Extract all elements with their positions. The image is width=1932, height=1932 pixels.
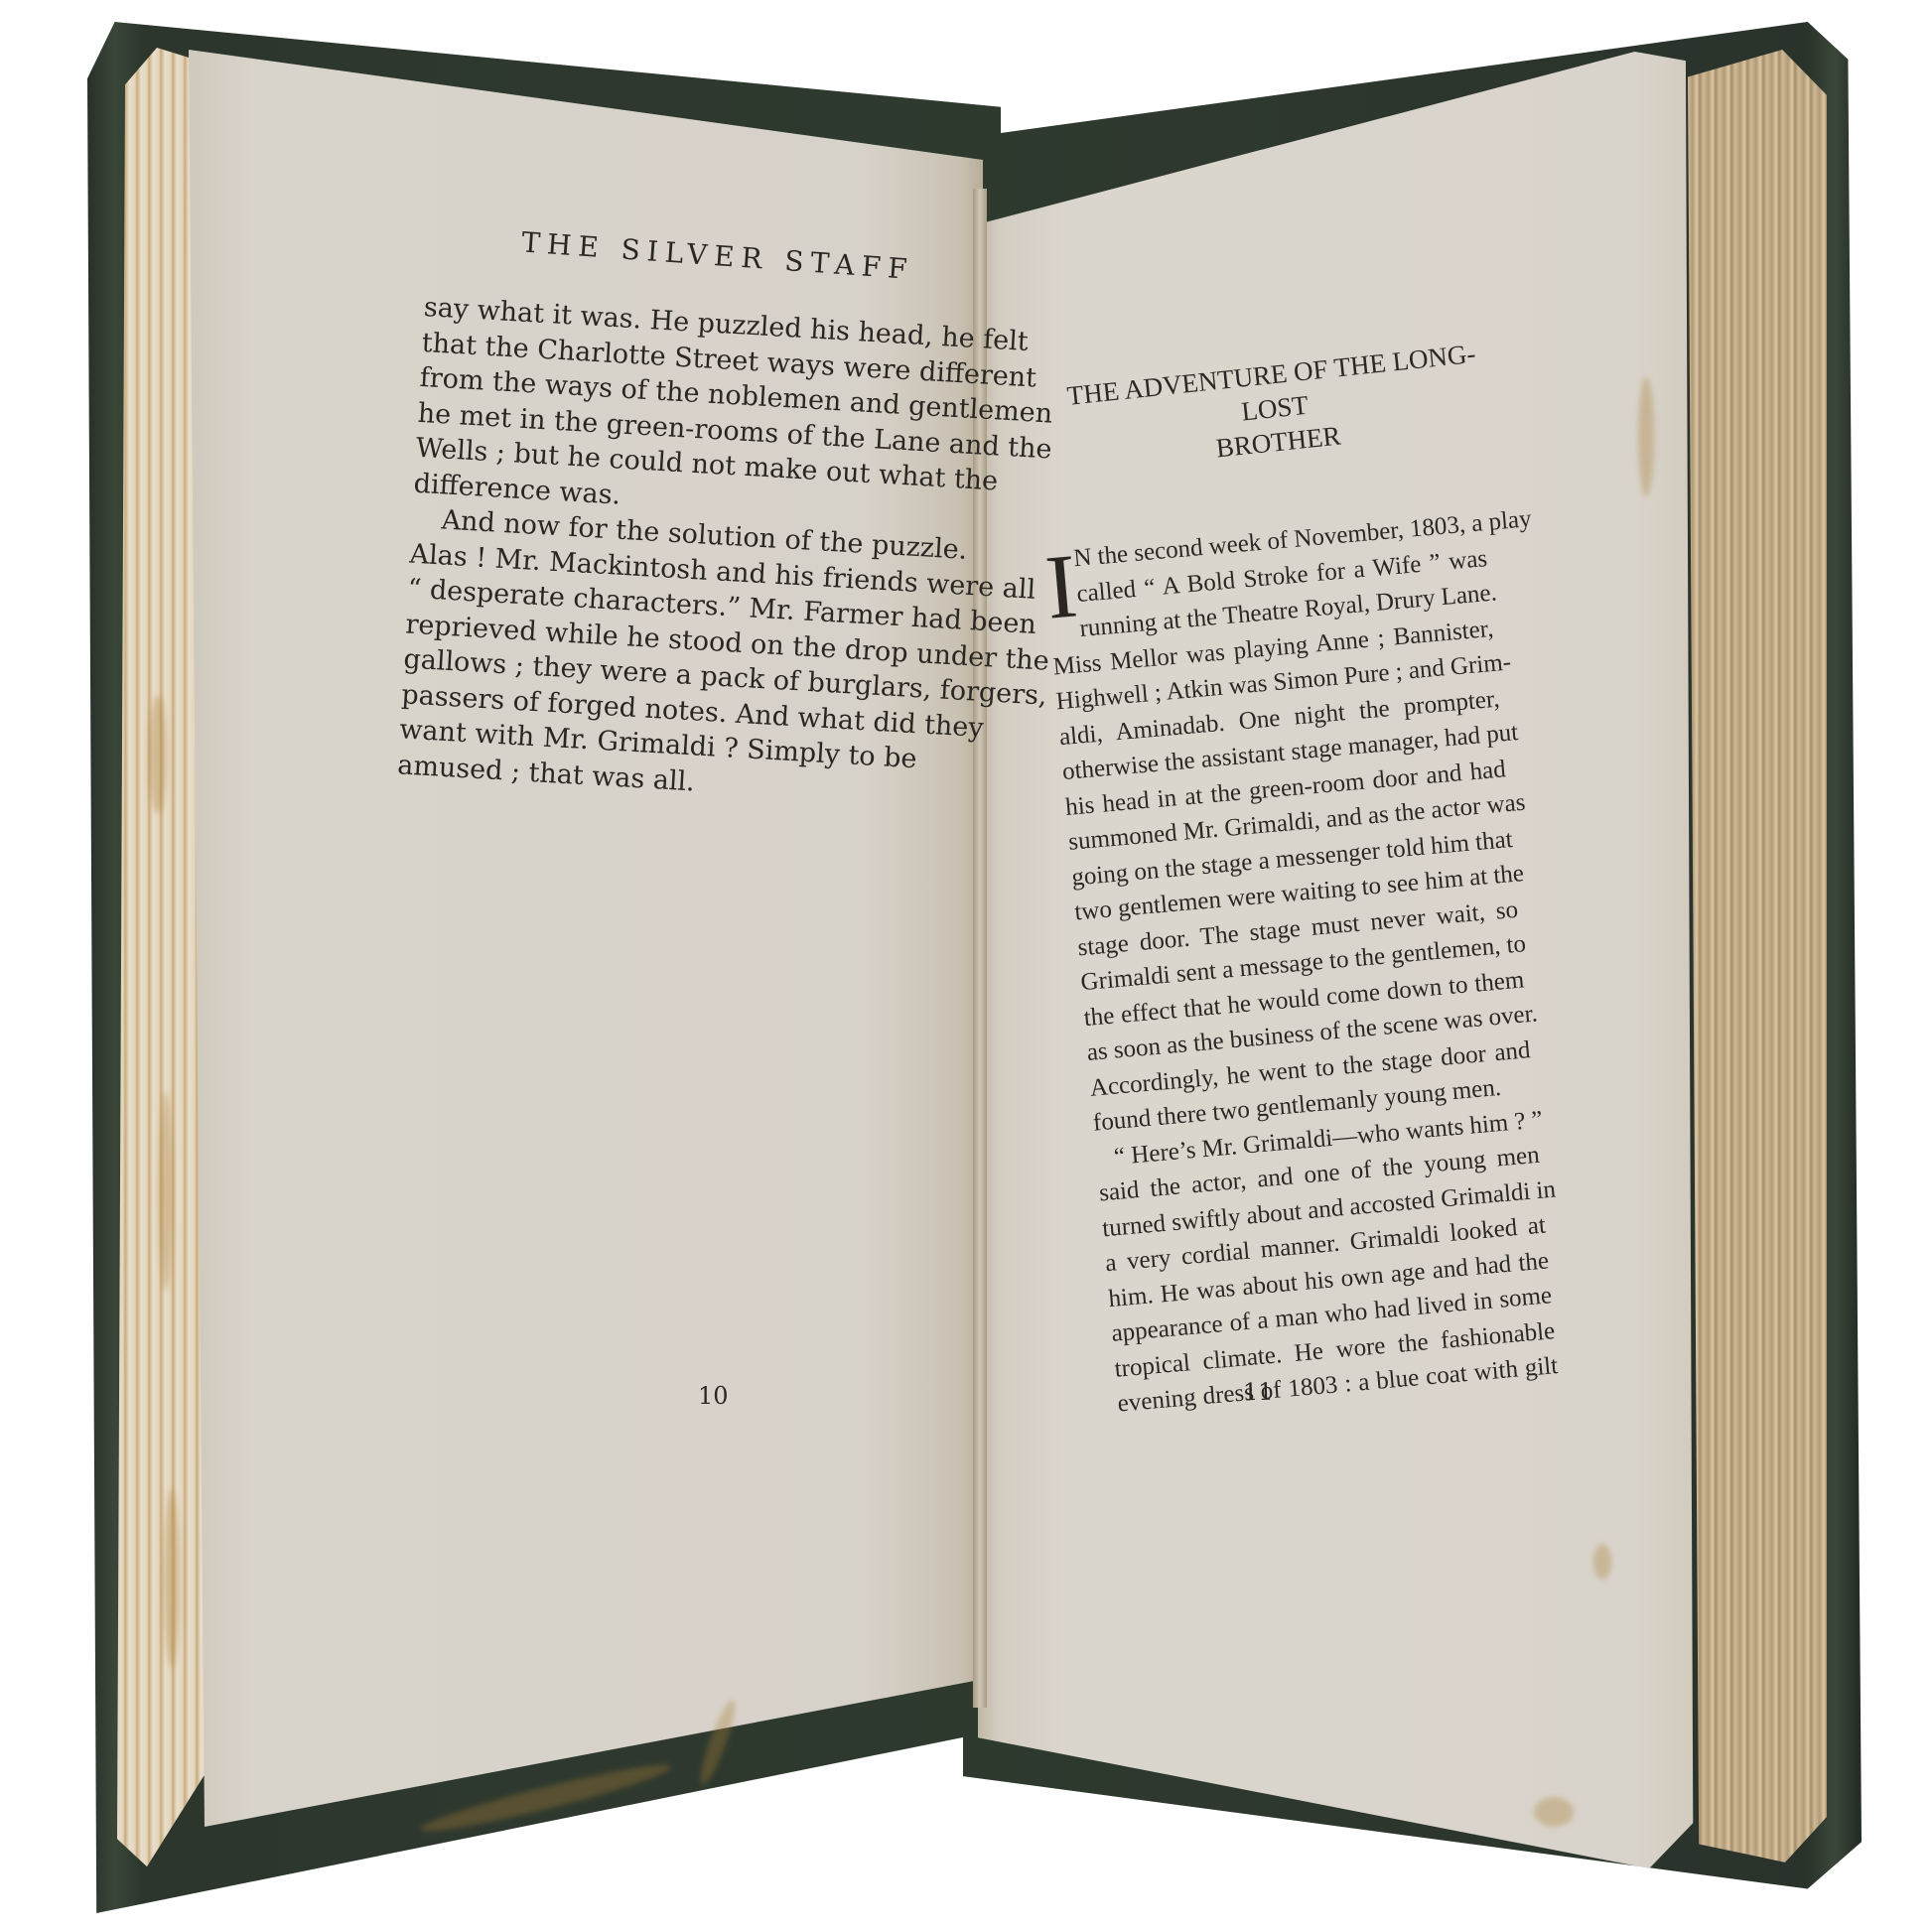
open-book-photo: THE SILVER STAFF say what it was. He puz… (0, 0, 1932, 1932)
right-page-body: I N the second week of November, 1803, a… (1042, 505, 1560, 1422)
page-edges-right (1688, 50, 1827, 1871)
page-number-left: 10 (698, 1382, 729, 1410)
page-number-right: 11 (1243, 1378, 1274, 1407)
foxing-stain (1593, 1544, 1611, 1580)
foxing-stain (149, 695, 167, 814)
foxing-stain (1534, 1797, 1574, 1827)
foxing-stain (164, 1489, 180, 1668)
left-page-body: say what it was. He puzzled his head, he… (396, 290, 940, 812)
foxing-stain (159, 1092, 173, 1291)
foxing-stain (1638, 377, 1654, 496)
